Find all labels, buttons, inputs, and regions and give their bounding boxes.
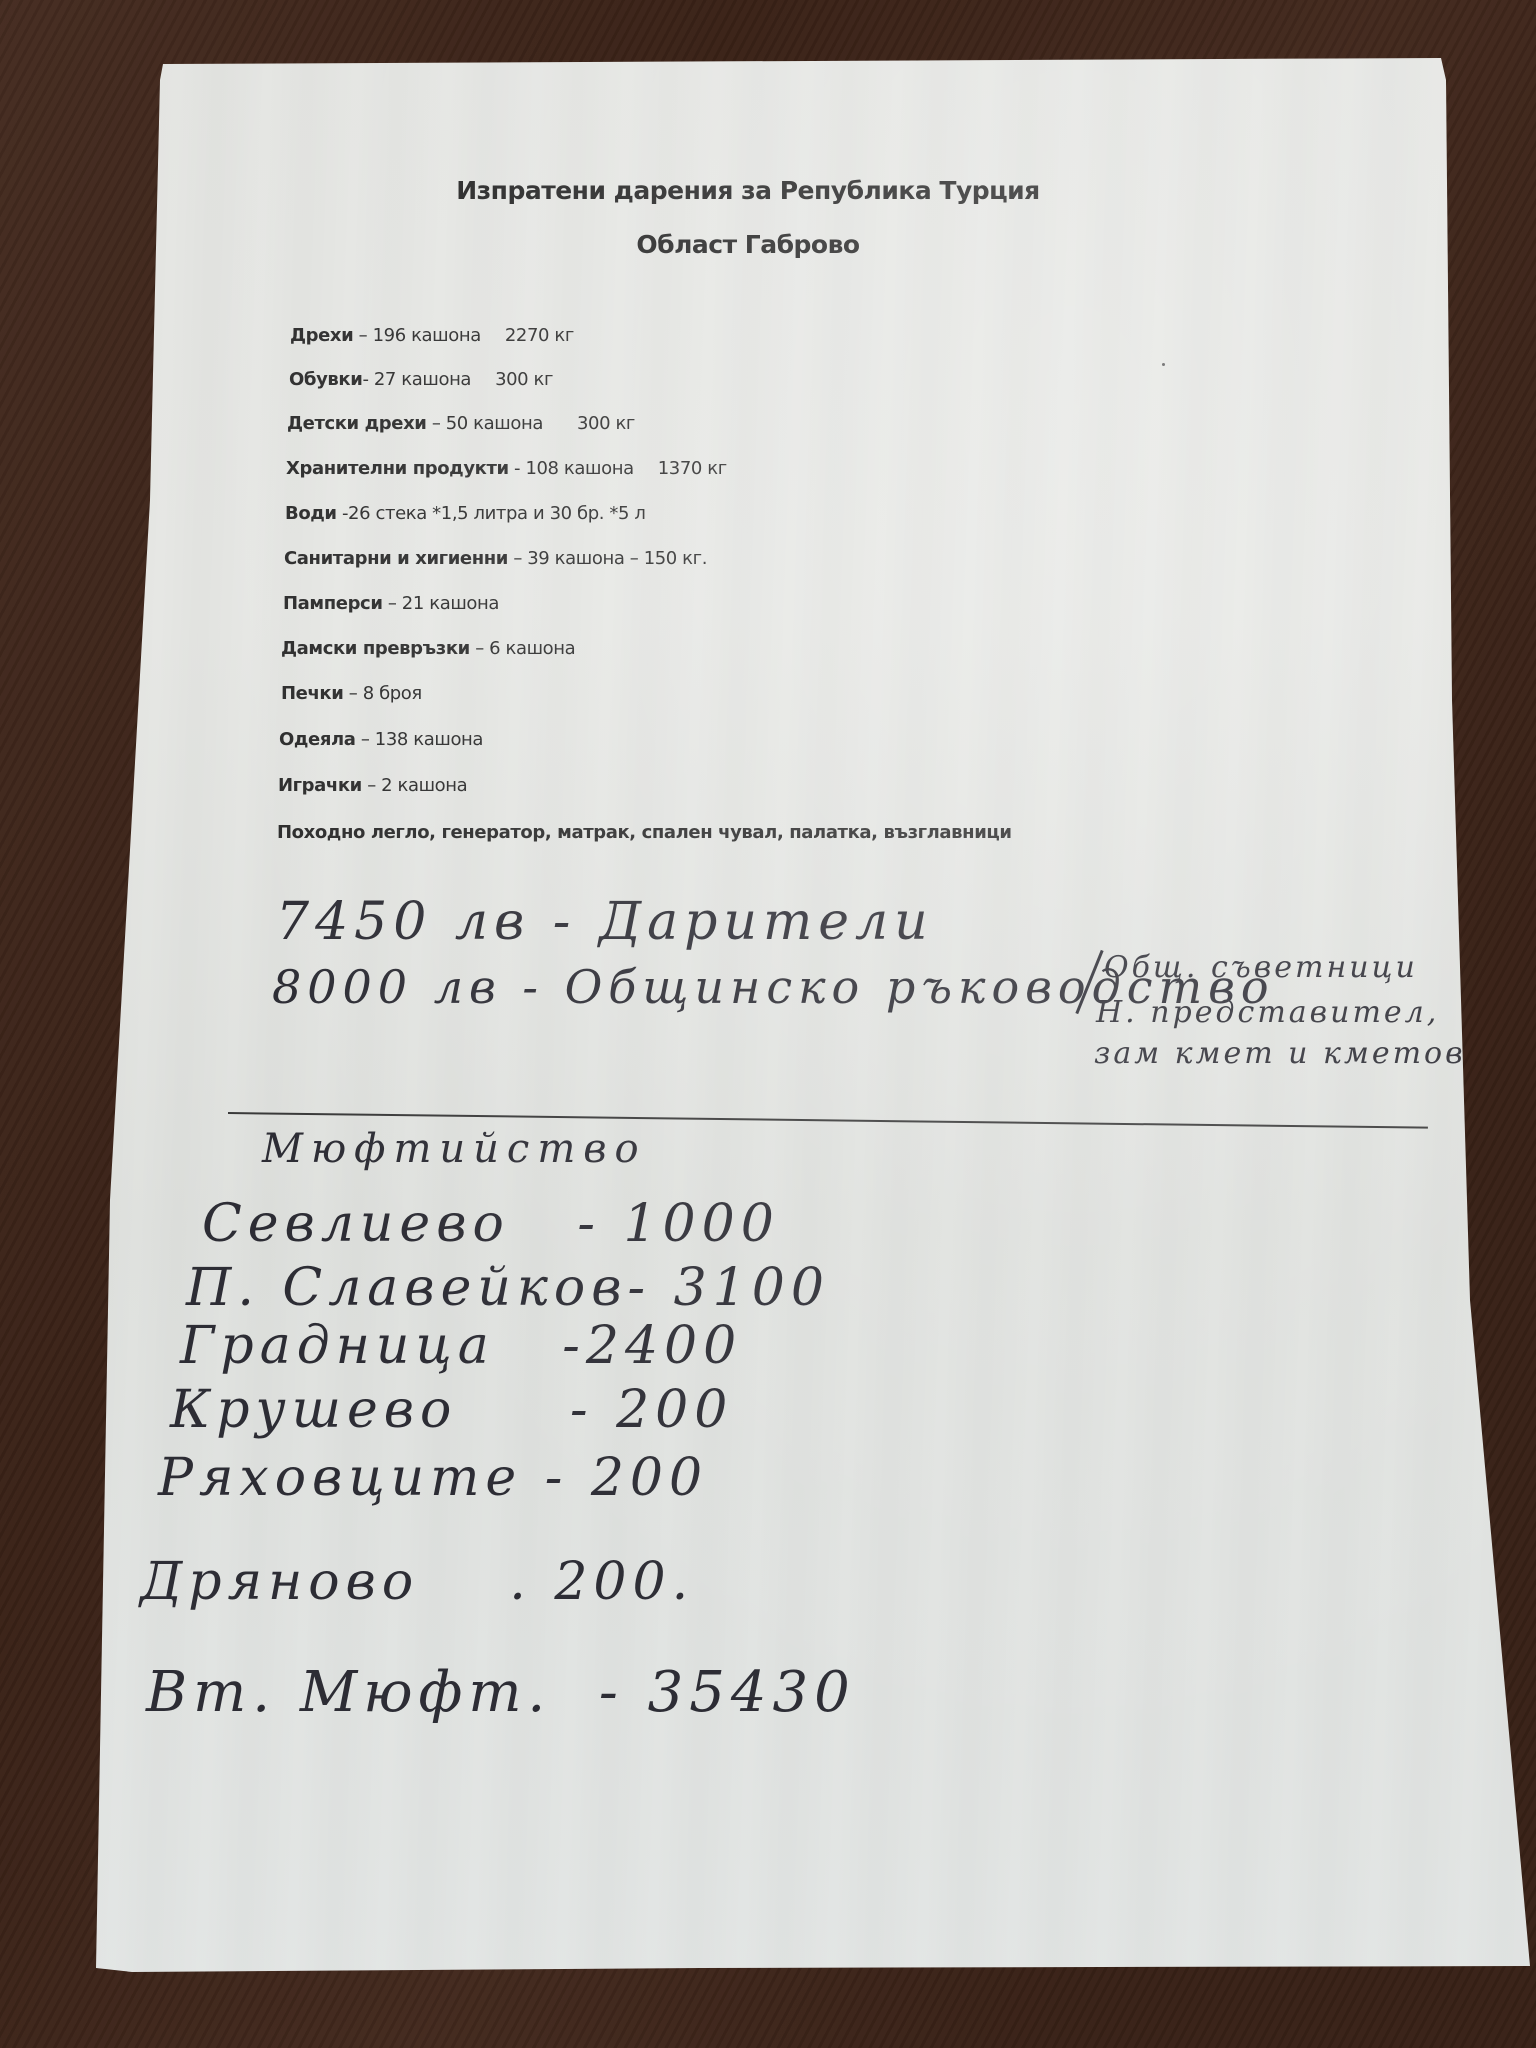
list-item: Хранителни продукти - 108 кашона1370 кг [286,458,727,479]
list-item: Печки – 8 броя [281,683,422,704]
list-item: Одеяла – 138 кашона [279,729,483,750]
muftiate-row: Севлиево - 1000 [202,1194,780,1254]
side-note-line: Н. представител, [1096,995,1439,1030]
handwritten-donation-row: 8000 лв - Общинско ръководство [272,960,1275,1014]
paper-speck [1162,363,1165,366]
handwritten-donation-row: 7450 лв - Дарители [276,892,934,952]
muftiate-row: Вт. Мюфт. - 35430 [146,1660,856,1725]
list-item: Памперси – 21 кашона [283,593,499,614]
side-note-line: Общ. съветници [1104,950,1418,985]
list-item: Обувки- 27 кашона300 кг [289,369,553,390]
list-item: Води -26 стека *1,5 литра и 30 бр. *5 л [285,503,645,524]
section-title: Мюфтийство [262,1126,647,1172]
list-item: Санитарни и хигиенни – 39 кашона – 150 к… [284,548,707,569]
list-item: Походно легло, генератор, матрак, спален… [277,822,1012,843]
slash-mark [1075,950,1103,1014]
side-note-line: зам кмет и кметове [1094,1036,1486,1071]
document-subtitle: Област Габрово [0,230,1496,259]
list-item: Дамски превръзки – 6 кашона [281,638,575,659]
list-item: Детски дрехи – 50 кашона300 кг [287,413,635,434]
muftiate-row: Ряховците - 200 [158,1448,708,1508]
list-item: Играчки – 2 кашона [278,775,467,796]
divider-line [228,1112,1428,1129]
muftiate-row: Крушево - 200 [170,1380,733,1440]
muftiate-row: П. Славейков- 3100 [186,1258,830,1318]
paper-sheet: Изпратени дарения за Република Турция Об… [0,0,1536,2048]
muftiate-row: Градница -2400 [180,1316,742,1376]
list-item: Дрехи – 196 кашона2270 кг [290,325,574,346]
document-title: Изпратени дарения за Република Турция [0,176,1496,205]
muftiate-row: Дряново . 200. [140,1552,694,1612]
